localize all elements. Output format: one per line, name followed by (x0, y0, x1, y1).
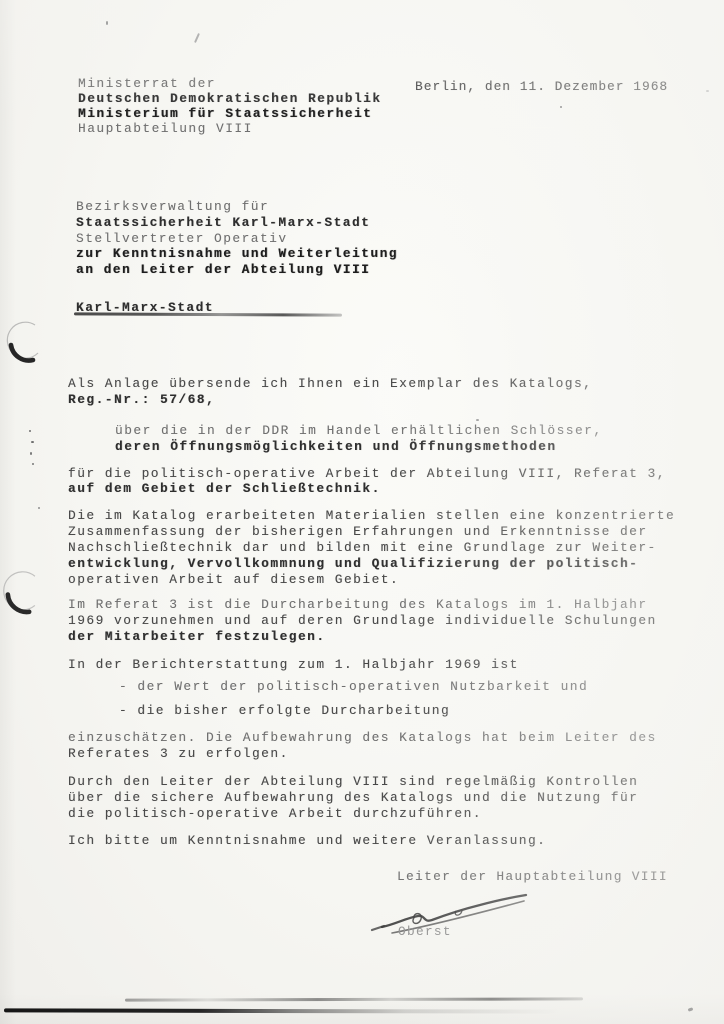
paragraph-berichterstattung: In der Berichterstattung zum 1. Halbjahr… (68, 657, 519, 672)
punch-hole-mark-bottom (0, 568, 44, 620)
sender-line: Ministerrat der (78, 76, 382, 91)
body-line: Im Referat 3 ist die Durcharbeitung des … (68, 597, 657, 613)
paragraph-zweck: für die politisch-operative Arbeit der A… (68, 466, 666, 496)
body-line: auf dem Gebiet der Schließtechnik. (68, 481, 666, 496)
scan-speck (688, 1007, 694, 1012)
sender-line: Hauptabteilung VIII (78, 121, 382, 136)
sender-line: Deutschen Demokratischen Republik (78, 91, 382, 106)
recipient-block: Bezirksverwaltung für Staatssicherheit K… (76, 199, 398, 278)
paragraph-aufbewahrung: einzuschätzen. Die Aufbewahrung des Kata… (68, 730, 657, 762)
scan-speck (32, 463, 34, 465)
body-line: Durch den Leiter der Abteilung VIII sind… (68, 774, 638, 790)
sender-line: Ministerium für Staatssicherheit (78, 106, 382, 121)
catalog-title-block: über die in der DDR im Handel erhältlich… (115, 423, 603, 454)
list-item: - die bisher erfolgte Durcharbeitung (119, 703, 450, 718)
body-line: 1969 vorzunehmen und auf deren Grundlage… (68, 613, 657, 629)
scan-artifact-line (4, 1008, 560, 1013)
body-line: einzuschätzen. Die Aufbewahrung des Kata… (68, 730, 657, 746)
recipient-line: Bezirksverwaltung für (76, 199, 398, 215)
body-line: entwicklung, Vervollkommnung und Qualifi… (68, 556, 675, 572)
body-line: Zusammenfassung der bisherigen Erfahrung… (68, 524, 675, 540)
body-line: über die in der DDR im Handel erhältlich… (115, 423, 603, 439)
recipient-line: zur Kenntnisnahme und Weiterleitung (76, 246, 398, 262)
body-line: über die sichere Aufbewahrung des Katalo… (68, 790, 638, 806)
body-line: die politisch-operative Arbeit durchzufü… (68, 806, 638, 822)
body-line: Nachschließtechnik dar und bilden mit ei… (68, 540, 675, 556)
body-line: der Mitarbeiter festzulegen. (68, 629, 657, 645)
body-line: für die politisch-operative Arbeit der A… (68, 466, 666, 481)
scan-speck (560, 106, 562, 108)
paragraph-schluss: Ich bitte um Kenntnisnahme und weitere V… (68, 833, 546, 848)
body-line: Referates 3 zu erfolgen. (68, 746, 657, 762)
body-line: Reg.-Nr.: 57/68, (68, 392, 592, 408)
scan-speck (476, 419, 479, 421)
scan-speck (30, 452, 32, 455)
body-line: Als Anlage übersende ich Ihnen ein Exemp… (68, 376, 592, 392)
paragraph-kontrollen: Durch den Leiter der Abteilung VIII sind… (68, 774, 638, 822)
scan-artifact-line (125, 997, 583, 1001)
sender-block: Ministerrat der Deutschen Demokratischen… (78, 76, 382, 136)
list-item: - der Wert der politisch-operativen Nutz… (119, 679, 588, 694)
signature-title: Leiter der Hauptabteilung VIII (397, 869, 668, 884)
dateline: Berlin, den 11. Dezember 1968 (415, 79, 668, 94)
paragraph-materialien: Die im Katalog erarbeiteten Materialien … (68, 508, 675, 588)
paragraph-referat: Im Referat 3 ist die Durcharbeitung des … (68, 597, 657, 645)
recipient-line: Staatssicherheit Karl-Marx-Stadt (76, 215, 398, 231)
punch-hole-mark-top (5, 321, 43, 367)
scan-speck (706, 90, 709, 92)
scan-speck (31, 441, 34, 443)
recipient-line: an den Leiter der Abteilung VIII (76, 262, 398, 278)
body-line: Die im Katalog erarbeiteten Materialien … (68, 508, 675, 524)
body-line: deren Öffnungsmöglichkeiten und Öffnungs… (115, 439, 603, 455)
body-line: operativen Arbeit auf diesem Gebiet. (68, 572, 675, 588)
underline-stroke (74, 312, 342, 316)
recipient-line: Stellvertreter Operativ (76, 231, 398, 247)
paragraph-anlage: Als Anlage übersende ich Ihnen ein Exemp… (68, 376, 592, 407)
scanned-letter-page: Ministerrat der Deutschen Demokratischen… (0, 0, 724, 1024)
signature-rank: Oberst (398, 924, 452, 939)
scan-speck (38, 507, 40, 509)
scan-speck (194, 33, 200, 43)
scan-speck (29, 430, 31, 432)
scan-speck (106, 21, 108, 25)
